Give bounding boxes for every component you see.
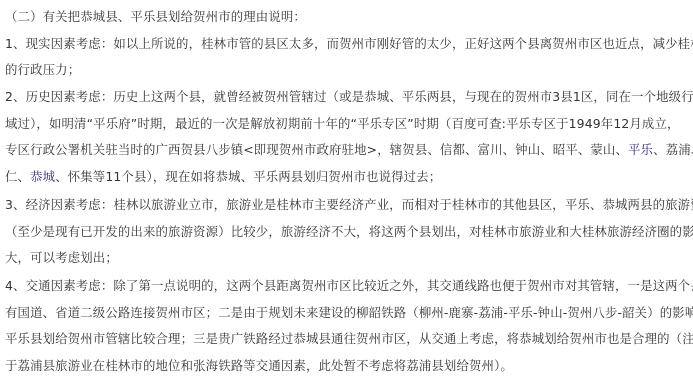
paragraph-3-line-1: 3、经济因素考虑：桂林以旅游业立市，旅游业是桂林市主要经济产业，而相对于桂林市的…: [5, 197, 693, 213]
gongcheng-link[interactable]: 恭城: [30, 169, 55, 184]
paragraph-1-line-1: 1、现实因素考虑：如以上所说的，桂林市管的县区太多，而贺州市刚好管的太少，正好这…: [5, 36, 693, 52]
paragraph-3-line-3: 大，可以考虑划出；: [5, 250, 118, 266]
paragraph-4-line-3: 平乐县划给贺州市管辖比较合理；三是贵广铁路经过恭城县通往贺州市区，从交通上考虑，…: [5, 331, 693, 347]
document-body: （二）有关把恭城县、平乐县划给贺州市的理由说明： 1、现实因素考虑：如以上所说的…: [0, 0, 693, 390]
section-heading: （二）有关把恭城县、平乐县划给贺州市的理由说明：: [5, 9, 306, 25]
paragraph-1-line-2: 的行政压力；: [5, 62, 80, 78]
paragraph-2-line-4: 仁、恭城、怀集等11个县），现在如将恭城、平乐两县划归贺州市也说得过去；: [5, 169, 441, 185]
text-segment: 、荔浦、修: [653, 142, 693, 157]
pingle-link[interactable]: 平乐: [628, 142, 653, 157]
text-segment: 仁、: [5, 169, 30, 184]
paragraph-3-line-2: （至少是现有已开发的出来的旅游资源）比较少，旅游经济不大，将这两个县划出，对桂林…: [5, 224, 693, 240]
paragraph-4-line-1: 4、交通因素考虑：除了第一点说明的，这两个县距离贺州市区比较近之外，其交通线路也…: [5, 278, 693, 294]
text-segment: 专区行政公署机关驻当时的广西贺县八步镇<即现贺州市政府驻地>，辖贺县、信都、富川…: [5, 142, 628, 157]
text-segment: 、怀集等11个县），现在如将恭城、平乐两县划归贺州市也说得过去；: [55, 169, 441, 184]
paragraph-4-line-2: 有国道、省道二级公路连接贺州市区；二是由于规划未来建设的柳韶铁路（柳州-鹿寨-荔…: [5, 305, 693, 321]
paragraph-4-line-4: 于荔浦县旅游业在桂林市的地位和张海铁路等交通因素，此处暂不考虑将荔浦县划给贺州）…: [5, 358, 513, 374]
paragraph-2-line-3: 专区行政公署机关驻当时的广西贺县八步镇<即现贺州市政府驻地>，辖贺县、信都、富川…: [5, 142, 693, 158]
paragraph-2-line-1: 2、历史因素考虑：历史上这两个县，就曾经被贺州管辖过（或是恭城、平乐两县，与现在…: [5, 89, 693, 105]
paragraph-2-line-2: 域过），如明清“平乐府”时期，最近的一次是解放初期前十年的“平乐专区”时期（百度…: [5, 116, 680, 132]
